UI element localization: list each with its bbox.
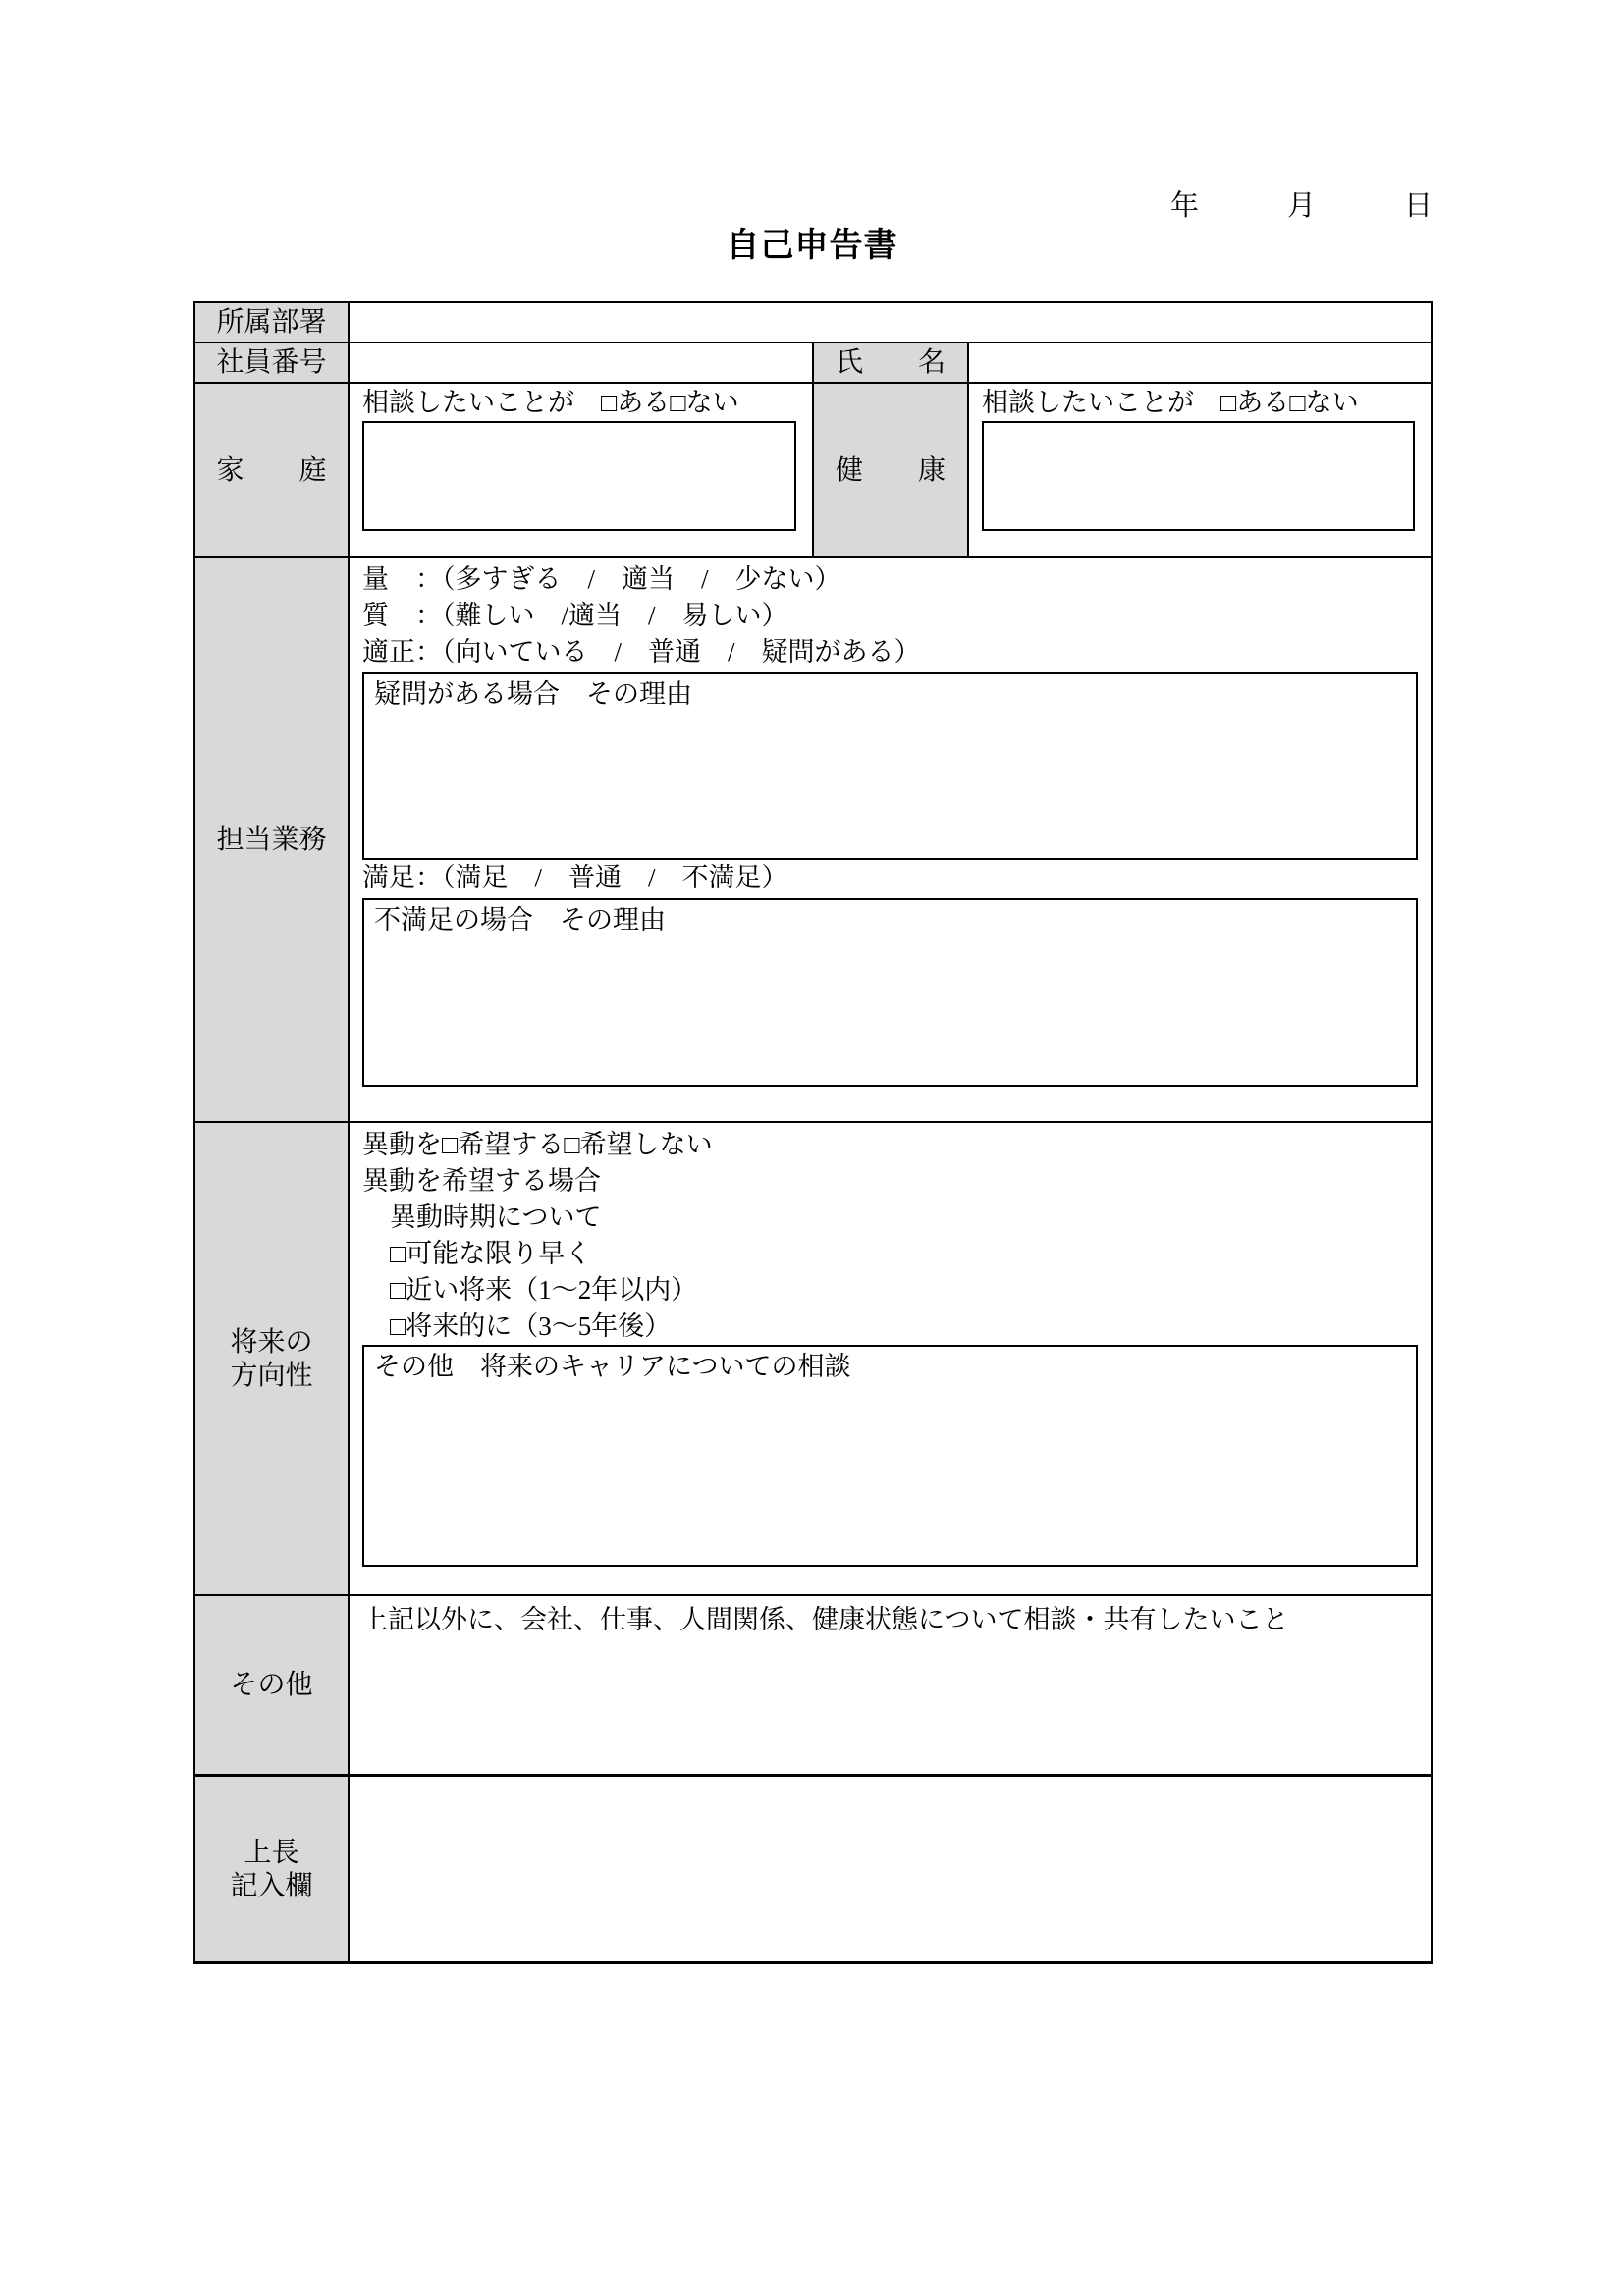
page-title: 自己申告書 xyxy=(0,226,1624,265)
health-checkbox-yes[interactable]: □ある xyxy=(1220,387,1289,419)
health-prompt-text: 相談したいことが xyxy=(982,388,1194,417)
supervisor-label-cell: 上長 記入欄 xyxy=(194,1775,349,1962)
future-career-box-title: その他 将来のキャリアについての相談 xyxy=(374,1352,850,1381)
future-label-cell: 将来の 方向性 xyxy=(194,1122,349,1595)
family-health-row: 家 庭 相談したいことが□ある□ない 健 康 相談したいことが□ある□ない xyxy=(194,383,1432,557)
supervisor-label-line1: 上長 xyxy=(195,1836,348,1869)
future-transfer-line: 異動を□希望する□希望しない xyxy=(362,1127,1431,1163)
supervisor-label-line2: 記入欄 xyxy=(195,1869,348,1902)
date-day-label: 日 xyxy=(1404,189,1433,223)
future-label-line2: 方向性 xyxy=(195,1359,348,1392)
future-transfer-prefix: 異動を xyxy=(362,1130,442,1159)
duties-aptitude-line: 適正：（向いている / 普通 / 疑問がある） xyxy=(362,634,1431,670)
future-checkbox-asap[interactable]: □可能な限り早く xyxy=(362,1236,1431,1272)
future-timing-heading: 異動時期について xyxy=(362,1200,1431,1236)
self-report-form-table: 所属部署 社員番号 氏 名 家 庭 相談したいことが□ある□ない 健 康 xyxy=(193,301,1433,1964)
future-checkbox-transfer-no[interactable]: □希望しない xyxy=(564,1127,712,1163)
other-row: その他 上記以外に、会社、仕事、人間関係、健康状態について相談・共有したいこと xyxy=(194,1595,1432,1775)
duties-row: 担当業務 量 ：（多すぎる / 適当 / 少ない） 質 ：（難しい /適当 / … xyxy=(194,557,1432,1122)
health-checkbox-no[interactable]: □ない xyxy=(1289,387,1358,419)
date-year-label: 年 xyxy=(1170,189,1199,223)
department-label-cell: 所属部署 xyxy=(194,302,349,342)
family-prompt-text: 相談したいことが xyxy=(362,388,574,417)
health-cell: 相談したいことが□ある□ない xyxy=(968,383,1432,557)
family-cell: 相談したいことが□ある□ない xyxy=(349,383,813,557)
employee-number-value-cell[interactable] xyxy=(349,342,813,383)
health-consult-prompt: 相談したいことが□ある□ない xyxy=(982,387,1415,419)
health-label-cell: 健 康 xyxy=(813,383,968,557)
future-cell: 異動を□希望する□希望しない 異動を希望する場合 異動時期について □可能な限り… xyxy=(349,1122,1432,1595)
family-note-box[interactable] xyxy=(362,421,796,531)
duties-dissatisfaction-reason-box[interactable]: 不満足の場合 その理由 xyxy=(362,898,1418,1087)
duties-quantity-line: 量 ：（多すぎる / 適当 / 少ない） xyxy=(362,561,1431,598)
future-transfer-case-heading: 異動を希望する場合 xyxy=(362,1163,1431,1200)
future-row: 将来の 方向性 異動を□希望する□希望しない 異動を希望する場合 異動時期につい… xyxy=(194,1122,1432,1595)
date-month-label: 月 xyxy=(1287,189,1316,223)
future-checkbox-eventually[interactable]: □将来的に（3～5年後） xyxy=(362,1308,1431,1345)
employee-number-label-cell: 社員番号 xyxy=(194,342,349,383)
duties-satisfaction-line: 満足：（満足 / 普通 / 不満足） xyxy=(362,860,1431,896)
duties-doubt-reason-box[interactable]: 疑問がある場合 その理由 xyxy=(362,672,1418,860)
department-row: 所属部署 xyxy=(194,302,1432,342)
health-note-box[interactable] xyxy=(982,421,1415,531)
family-consult-prompt: 相談したいことが□ある□ない xyxy=(362,387,796,419)
future-checkbox-transfer-yes[interactable]: □希望する xyxy=(442,1127,564,1163)
name-label-cell: 氏 名 xyxy=(813,342,968,383)
duties-cell: 量 ：（多すぎる / 適当 / 少ない） 質 ：（難しい /適当 / 易しい） … xyxy=(349,557,1432,1122)
future-career-box[interactable]: その他 将来のキャリアについての相談 xyxy=(362,1345,1418,1567)
duties-quality-line: 質 ：（難しい /適当 / 易しい） xyxy=(362,598,1431,634)
duties-dissatisfaction-box-title: 不満足の場合 その理由 xyxy=(374,905,666,934)
supervisor-entry-cell[interactable] xyxy=(349,1775,1432,1962)
family-checkbox-yes[interactable]: □ある xyxy=(601,387,670,419)
page: 年 月 日 自己申告書 所属部署 社員番号 氏 名 家 庭 相談したいことが□あ… xyxy=(0,0,1624,2296)
duties-label-cell: 担当業務 xyxy=(194,557,349,1122)
other-prompt: 上記以外に、会社、仕事、人間関係、健康状態について相談・共有したいこと xyxy=(361,1602,1419,1637)
supervisor-row: 上長 記入欄 xyxy=(194,1775,1432,1962)
employee-row: 社員番号 氏 名 xyxy=(194,342,1432,383)
date-line: 年 月 日 xyxy=(1170,189,1433,223)
future-checkbox-near-future[interactable]: □近い将来（1～2年以内） xyxy=(362,1272,1431,1308)
other-cell[interactable]: 上記以外に、会社、仕事、人間関係、健康状態について相談・共有したいこと xyxy=(349,1595,1432,1775)
other-label-cell: その他 xyxy=(194,1595,349,1775)
family-checkbox-no[interactable]: □ない xyxy=(670,387,738,419)
name-value-cell[interactable] xyxy=(968,342,1432,383)
family-label-cell: 家 庭 xyxy=(194,383,349,557)
department-value-cell[interactable] xyxy=(349,302,1432,342)
future-label-line1: 将来の xyxy=(195,1325,348,1359)
duties-doubt-box-title: 疑問がある場合 その理由 xyxy=(374,679,692,709)
